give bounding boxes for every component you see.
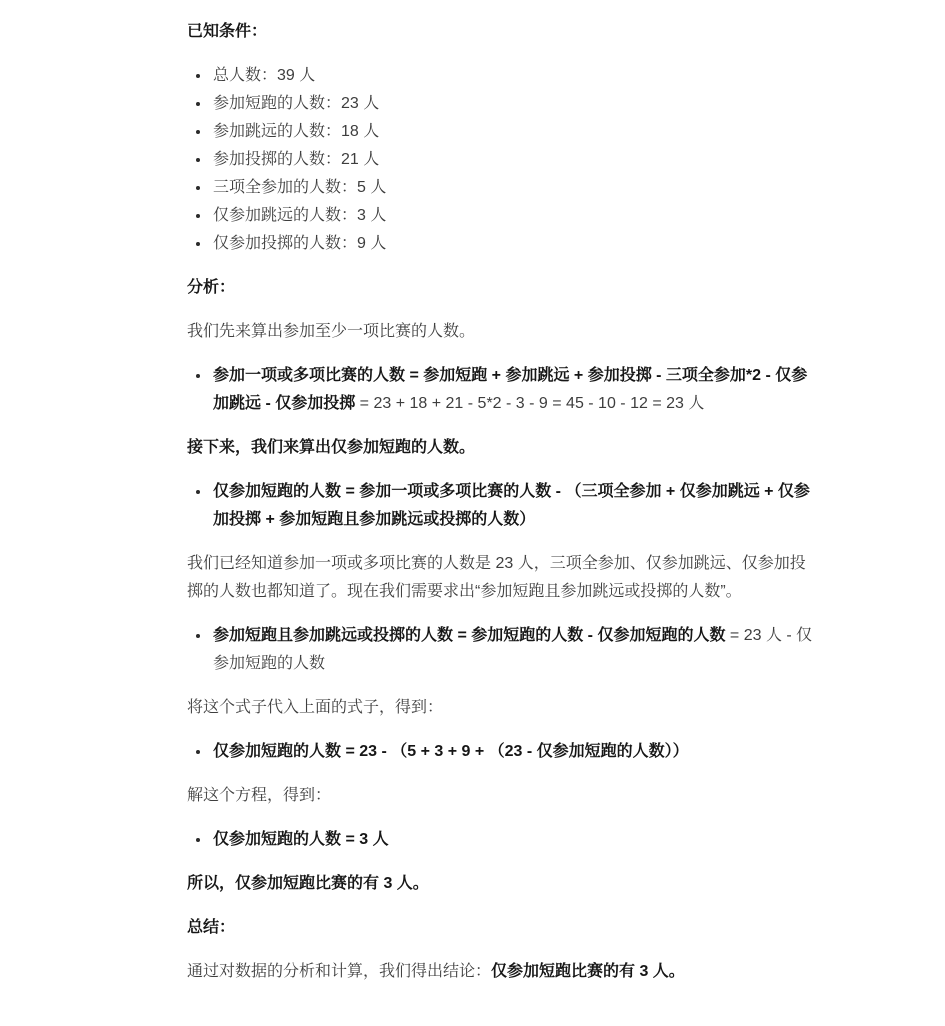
condition-item-total: 总人数：39 人 [211, 62, 815, 90]
substitute-paragraph: 将这个式子代入上面的式子，得到： [187, 694, 815, 722]
intro-paragraph: 我们先来算出参加至少一项比赛的人数。 [187, 318, 815, 346]
solve-paragraph: 解这个方程，得到： [187, 782, 815, 810]
condition-item-longjump: 参加跳远的人数：18 人 [211, 118, 815, 146]
formula-list-result: 仅参加短跑的人数 = 3 人 [187, 826, 815, 854]
condition-item-throwing: 参加投掷的人数：21 人 [211, 146, 815, 174]
formula-item-total-participants: 参加一项或多项比赛的人数 = 参加短跑 + 参加跳远 + 参加投掷 - 三项全参… [211, 362, 815, 418]
known-conditions-heading: 已知条件： [187, 18, 815, 46]
conclusion-paragraph: 所以，仅参加短跑比赛的有 3 人。 [187, 870, 815, 898]
formula-list-equation: 仅参加短跑的人数 = 23 - （5 + 3 + 9 + （23 - 仅参加短跑… [187, 738, 815, 766]
formula-list-only-sprint: 仅参加短跑的人数 = 参加一项或多项比赛的人数 - （三项全参加 + 仅参加跳远… [187, 478, 815, 534]
formula-bold-text: 仅参加短跑的人数 = 参加一项或多项比赛的人数 - （三项全参加 + 仅参加跳远… [213, 483, 810, 528]
condition-item-only-throwing: 仅参加投掷的人数：9 人 [211, 230, 815, 258]
condition-item-all-three: 三项全参加的人数：5 人 [211, 174, 815, 202]
conditions-list: 总人数：39 人 参加短跑的人数：23 人 参加跳远的人数：18 人 参加投掷的… [187, 62, 815, 258]
formula-item-overlap: 参加短跑且参加跳远或投掷的人数 = 参加短跑的人数 - 仅参加短跑的人数 = 2… [211, 622, 815, 678]
summary-bold-text: 仅参加短跑比赛的有 3 人。 [491, 963, 685, 980]
analysis-heading: 分析： [187, 274, 815, 302]
summary-heading: 总结： [187, 914, 815, 942]
condition-item-sprint: 参加短跑的人数：23 人 [211, 90, 815, 118]
next-step-paragraph: 接下来，我们来算出仅参加短跑的人数。 [187, 434, 815, 462]
formula-item-equation: 仅参加短跑的人数 = 23 - （5 + 3 + 9 + （23 - 仅参加短跑… [211, 738, 815, 766]
formula-list-total-participants: 参加一项或多项比赛的人数 = 参加短跑 + 参加跳远 + 参加投掷 - 三项全参… [187, 362, 815, 418]
condition-item-only-longjump: 仅参加跳远的人数：3 人 [211, 202, 815, 230]
formula-bold-text: 仅参加短跑的人数 = 23 - （5 + 3 + 9 + （23 - 仅参加短跑… [213, 743, 689, 760]
summary-paragraph: 通过对数据的分析和计算，我们得出结论：仅参加短跑比赛的有 3 人。 [187, 958, 815, 986]
explanation-paragraph: 我们已经知道参加一项或多项比赛的人数是 23 人，三项全参加、仅参加跳远、仅参加… [187, 550, 815, 606]
formula-item-result: 仅参加短跑的人数 = 3 人 [211, 826, 815, 854]
formula-result-text: = 23 + 18 + 21 - 5*2 - 3 - 9 = 45 - 10 -… [355, 395, 704, 412]
formula-bold-text: 仅参加短跑的人数 = 3 人 [213, 831, 389, 848]
formula-list-overlap: 参加短跑且参加跳远或投掷的人数 = 参加短跑的人数 - 仅参加短跑的人数 = 2… [187, 622, 815, 678]
formula-bold-text: 参加短跑且参加跳远或投掷的人数 = 参加短跑的人数 - 仅参加短跑的人数 [213, 627, 725, 644]
summary-prefix-text: 通过对数据的分析和计算，我们得出结论： [187, 963, 491, 980]
solution-document: 已知条件： 总人数：39 人 参加短跑的人数：23 人 参加跳远的人数：18 人… [187, 0, 815, 1026]
formula-item-only-sprint: 仅参加短跑的人数 = 参加一项或多项比赛的人数 - （三项全参加 + 仅参加跳远… [211, 478, 815, 534]
